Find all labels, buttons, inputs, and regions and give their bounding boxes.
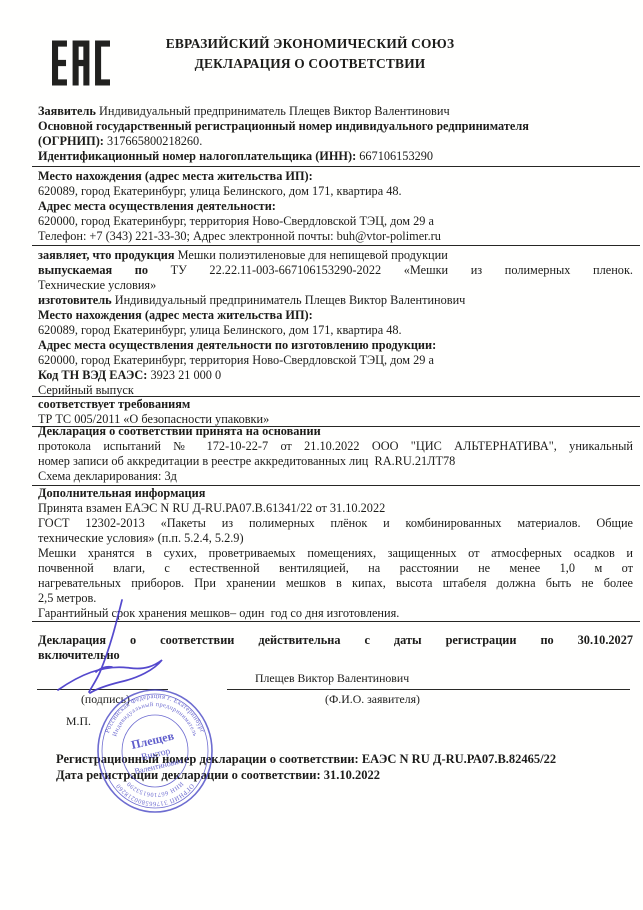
line-activity-heading: Адрес места осуществления деятельности: [38, 199, 633, 214]
line-phone-email: Телефон: +7 (343) 221-33-30; Адрес элект… [38, 229, 633, 244]
line-tnved-code: Код ТН ВЭД ЕАЭС: 3923 21 000 0 [38, 368, 633, 383]
line-product-tu-tail: Технические условия» [38, 278, 633, 293]
applicant-name: Плещев Виктор Валентинович [255, 671, 409, 686]
line-residence-heading: Место нахождения (адрес места жительства… [38, 169, 633, 184]
line-product-declaration: заявляет, что продукция Мешки полиэтилен… [38, 248, 633, 263]
line-additional-heading: Дополнительная информация [38, 486, 633, 501]
line-ogrnip-number: (ОГРНИП): 317665800218260. [38, 134, 633, 149]
stamp-place-label: М.П. [66, 714, 91, 729]
line-gost-tail: технические условия» (п.п. 5.2.4, 5.2.9) [38, 531, 633, 546]
line-applicant: Заявитель Индивидуальный предприниматель… [38, 104, 633, 119]
line-declaration-scheme: Схема декларирования: 3д [38, 469, 633, 484]
fio-line [227, 689, 630, 690]
round-stamp: Российская Федерация г. Екатеринбург Инд… [94, 687, 216, 815]
handwritten-signature [50, 596, 190, 706]
line-basis-heading: Декларация о соответствии принята на осн… [38, 424, 633, 439]
line-production-site-heading: Адрес места осуществления деятельности п… [38, 338, 633, 353]
fio-caption: (Ф.И.О. заявителя) [300, 692, 445, 707]
line-storage-2: почвенной влаги, с естественной вентиляц… [38, 561, 633, 576]
requirements-block: соответствует требованиям ТР ТС 005/2011… [38, 397, 633, 427]
line-replaces-declaration: Принята взамен ЕАЭС N RU Д-RU.РА07.В.613… [38, 501, 633, 516]
line-manufacturer-residence-address: 620089, город Екатеринбург, улица Белинс… [38, 323, 633, 338]
divider-rule [32, 245, 640, 246]
line-residence-address: 620089, город Екатеринбург, улица Белинс… [38, 184, 633, 199]
applicant-address-block: Место нахождения (адрес места жительства… [38, 169, 633, 244]
doc-title-union: ЕВРАЗИЙСКИЙ ЭКОНОМИЧЕСКИЙ СОЮЗ [105, 34, 515, 54]
line-manufacturer-residence-heading: Место нахождения (адрес места жительства… [38, 308, 633, 323]
doc-title-declaration: ДЕКЛАРАЦИЯ О СООТВЕТСТВИИ [105, 54, 515, 74]
line-storage-3: нагревательных приборов. При хранении ме… [38, 576, 633, 591]
applicant-block: Заявитель Индивидуальный предприниматель… [38, 104, 633, 164]
line-storage-1: Мешки хранятся в сухих, проветриваемых п… [38, 546, 633, 561]
document-page: ЕВРАЗИЙСКИЙ ЭКОНОМИЧЕСКИЙ СОЮЗ ДЕКЛАРАЦИ… [0, 0, 643, 910]
line-gost: ГОСТ 12302-2013 «Пакеты из полимерных пл… [38, 516, 633, 531]
divider-rule [32, 166, 640, 167]
line-test-protocol: протокола испытаний № 172-10-22-7 от 21.… [38, 439, 633, 454]
eac-mark-logo [52, 37, 110, 89]
line-meets-requirements: соответствует требованиям [38, 397, 633, 412]
line-manufacturer: изготовитель Индивидуальный предпринимат… [38, 293, 633, 308]
line-accreditation-number: номер записи об аккредитации в реестре а… [38, 454, 633, 469]
line-inn: Идентификационный номер налогоплательщик… [38, 149, 633, 164]
product-manufacturer-block: заявляет, что продукция Мешки полиэтилен… [38, 248, 633, 398]
line-product-tu: выпускаемая по ТУ 22.22.11-003-667106153… [38, 263, 633, 278]
line-ogrnip-heading: Основной государственный регистрационный… [38, 119, 633, 134]
basis-block: Декларация о соответствии принята на осн… [38, 424, 633, 484]
line-production-site-address: 620000, город Екатеринбург, территория Н… [38, 353, 633, 368]
line-activity-address: 620000, город Екатеринбург, территория Н… [38, 214, 633, 229]
